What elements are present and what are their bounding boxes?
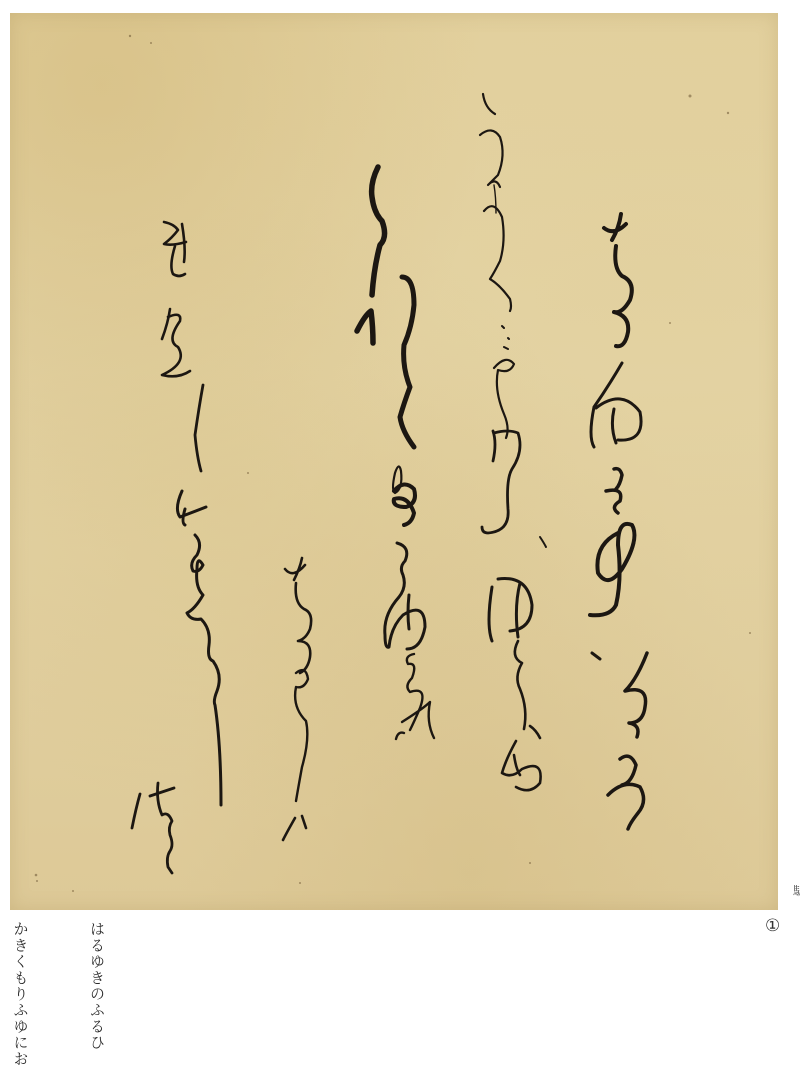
paper-specks [35, 35, 751, 892]
calligraphy-column-3 [357, 167, 434, 739]
caption-line-1: はるゆきのふるひ [84, 921, 110, 1081]
calligraphy-column-4 [283, 558, 311, 840]
calligraphy-column-2 [480, 94, 546, 790]
calligraphy-column-5 [162, 222, 221, 805]
calligraphy-column-6 [132, 783, 174, 873]
caption-line-2: かきくもりふゆにお [7, 921, 33, 1081]
plate-number: ① [765, 916, 780, 936]
calligraphy-ink [10, 13, 778, 910]
calligraphy-sheet [10, 13, 778, 910]
poem-transcription: はるゆきのふるひ かきくもりふゆにお くれてふるゆきの はるとも みえで今日くら… [0, 921, 160, 1081]
cut-off-edge-character: 駅 [793, 885, 800, 899]
calligraphy-column-1 [590, 214, 647, 829]
